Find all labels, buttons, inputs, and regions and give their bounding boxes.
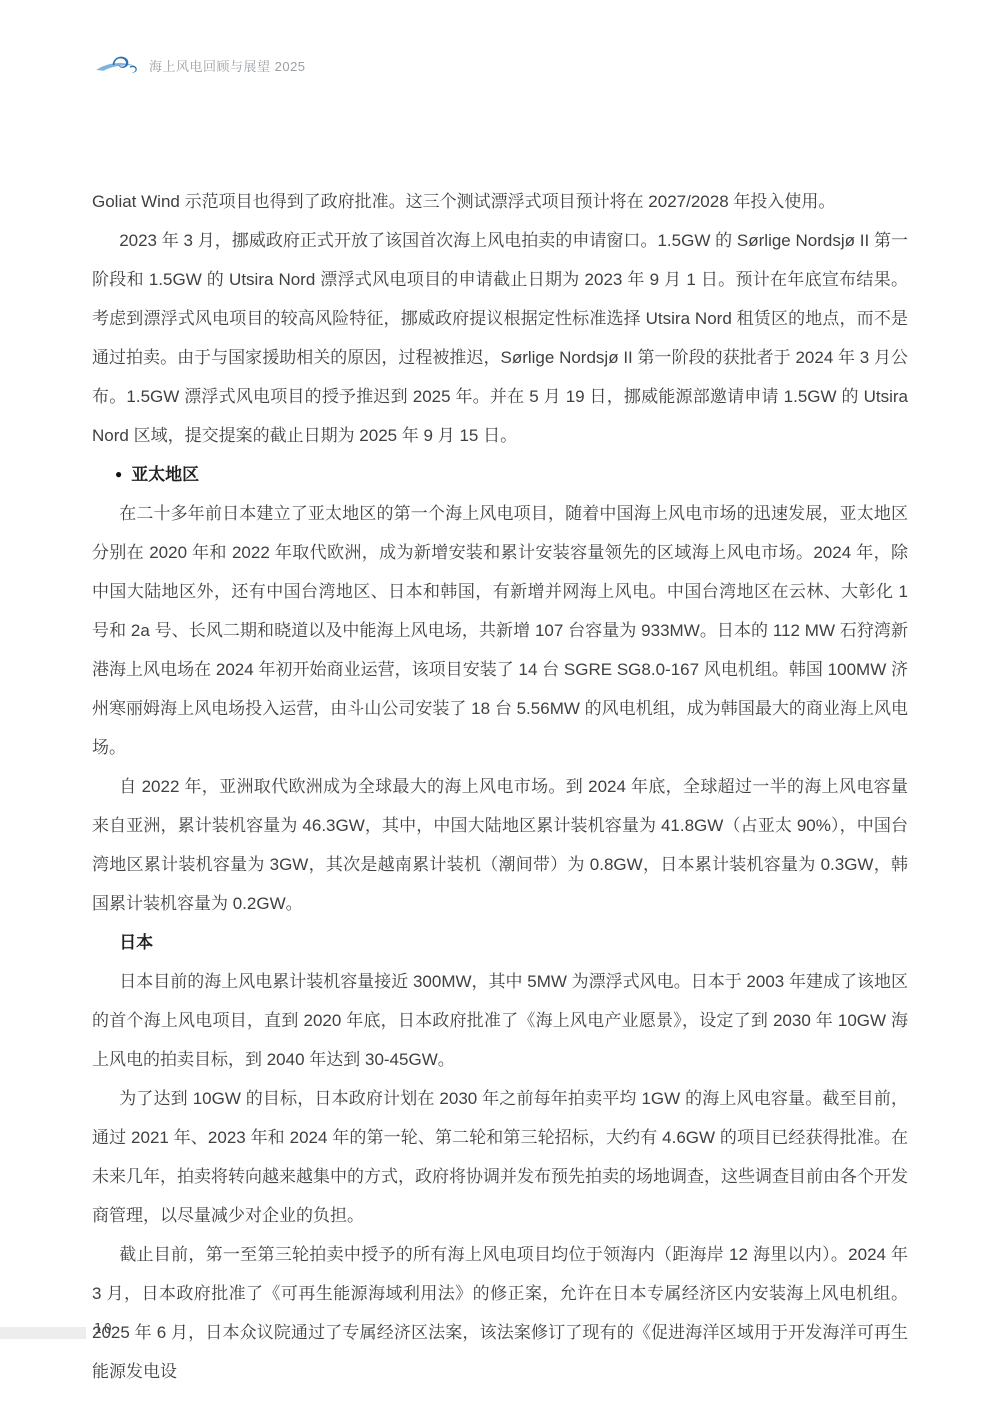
paragraph-japan-status: 日本目前的海上风电累计装机容量接近 300MW，其中 5MW 为漂浮式风电。日本… xyxy=(92,962,908,1079)
paragraph-norway-auction: 2023 年 3 月，挪威政府正式开放了该国首次海上风电拍卖的申请窗口。1.5G… xyxy=(92,221,908,455)
footer-decoration-bar xyxy=(0,1327,86,1339)
paragraph-japan-auction-plan: 为了达到 10GW 的目标，日本政府计划在 2030 年之前每年拍卖平均 1GW… xyxy=(92,1079,908,1235)
document-page: 海上风电回顾与展望 2025 Goliat Wind 示范项目也得到了政府批准。… xyxy=(0,0,1000,1414)
paragraph-asia-capacity: 自 2022 年，亚洲取代欧洲成为全球最大的海上风电市场。到 2024 年底，全… xyxy=(92,767,908,923)
section-header-apac: ●亚太地区 xyxy=(92,455,908,494)
ocean-wave-logo-icon xyxy=(94,50,140,80)
section-header-japan: 日本 xyxy=(92,923,908,962)
document-title: 海上风电回顾与展望 2025 xyxy=(149,56,306,75)
page-number: 10 xyxy=(94,1322,114,1337)
section-header-apac-label: 亚太地区 xyxy=(131,465,199,484)
page-header: 海上风电回顾与展望 2025 xyxy=(94,50,306,80)
paragraph-japan-eez-law: 截止目前，第一至第三轮拍卖中授予的所有海上风电项目均位于领海内（距海岸 12 海… xyxy=(92,1235,908,1391)
paragraph-goliat-wind: Goliat Wind 示范项目也得到了政府批准。这三个测试漂浮式项目预计将在 … xyxy=(92,182,908,221)
document-body: Goliat Wind 示范项目也得到了政府批准。这三个测试漂浮式项目预计将在 … xyxy=(92,182,908,1391)
paragraph-apac-overview: 在二十多年前日本建立了亚太地区的第一个海上风电项目，随着中国海上风电市场的迅速发… xyxy=(92,494,908,767)
bullet-icon: ● xyxy=(115,467,122,481)
